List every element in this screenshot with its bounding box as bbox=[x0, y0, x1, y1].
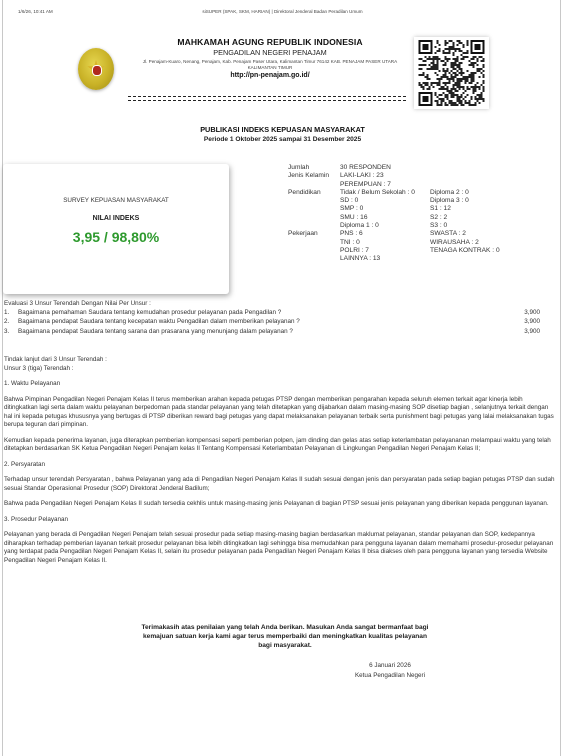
section-title-prosedur: 3. Prosedur Pelayanan bbox=[4, 516, 556, 525]
evaluation-score: 3,900 bbox=[524, 317, 540, 326]
evaluation-heading: Evaluasi 3 Unsur Terendah Dengan Nilai P… bbox=[4, 299, 544, 308]
evaluation-item: 3.Bagaimana pendapat Saudara tentang sar… bbox=[4, 327, 544, 336]
followup-section: Tindak lanjut dari 3 Unsur Terendah : Un… bbox=[4, 356, 556, 565]
qr-code-icon bbox=[418, 40, 485, 106]
index-value: 3,95 / 98,80% bbox=[3, 229, 229, 245]
evaluation-item: 1.Bagaimana pemahaman Saudara tentang ke… bbox=[4, 308, 544, 317]
court-province: KALIMANTAN TIMUR bbox=[120, 65, 420, 70]
closing-thanks: Terimakasih atas penilaian yang telah An… bbox=[140, 623, 430, 650]
evaluation-section: Evaluasi 3 Unsur Terendah Dengan Nilai P… bbox=[4, 299, 544, 336]
evaluation-item: 2.Bagaimana pendapat Saudara tentang kec… bbox=[4, 317, 544, 326]
court-website[interactable]: http://pn-penajam.go.id/ bbox=[120, 72, 420, 79]
qr-code bbox=[414, 37, 489, 109]
court-name: PENGADILAN NEGERI PENAJAM bbox=[120, 48, 420, 57]
section-paragraph: Terhadap unsur terendah Persyaratan , ba… bbox=[4, 476, 556, 493]
index-card: SURVEY KEPUASAN MASYARAKAT NILAI INDEKS … bbox=[3, 164, 229, 294]
followup-subheading: Unsur 3 (tiga) Terendah : bbox=[4, 365, 556, 374]
letterhead: MAHKAMAH AGUNG REPUBLIK INDONESIA PENGAD… bbox=[120, 37, 420, 79]
section-paragraph: Bahwa Pimpinan Pengadilan Negeri Penajam… bbox=[4, 396, 556, 430]
header-divider bbox=[128, 96, 406, 101]
survey-label: SURVEY KEPUASAN MASYARAKAT bbox=[3, 197, 229, 204]
publication-title: PUBLIKASI INDEKS KEPUASAN MASYARAKAT bbox=[0, 125, 565, 134]
index-label: NILAI INDEKS bbox=[3, 215, 229, 222]
closing-signatory: Ketua Pengadilan Negeri bbox=[340, 672, 440, 679]
shield-icon bbox=[92, 65, 102, 76]
court-address: Jl. Penajam-Kuaro, Nenang, Penajam, Kab.… bbox=[120, 59, 420, 64]
closing-date: 6 Januari 2026 bbox=[340, 662, 440, 669]
institution-name: MAHKAMAH AGUNG REPUBLIK INDONESIA bbox=[120, 37, 420, 47]
section-paragraph: Kemudian kepada penerima layanan, juga d… bbox=[4, 437, 556, 454]
print-page-title: siSUPER (SPAK, SKM, HARIAN) | Direktoral… bbox=[0, 9, 565, 14]
section-title-persyaratan: 2. Persyaratan bbox=[4, 461, 556, 470]
evaluation-score: 3,900 bbox=[524, 327, 540, 336]
section-paragraph: Bahwa pada Pengadilan Negeri Penajam Kel… bbox=[4, 500, 556, 509]
followup-heading: Tindak lanjut dari 3 Unsur Terendah : bbox=[4, 356, 556, 365]
evaluation-score: 3,900 bbox=[524, 308, 540, 317]
court-emblem-logo bbox=[78, 48, 114, 90]
section-title-waktu: 1. Waktu Pelayanan bbox=[4, 380, 556, 389]
section-paragraph: Pelayanan yang berada di Pengadilan Nege… bbox=[4, 531, 556, 565]
publication-period: Periode 1 Oktober 2025 sampai 31 Desembe… bbox=[0, 136, 565, 143]
